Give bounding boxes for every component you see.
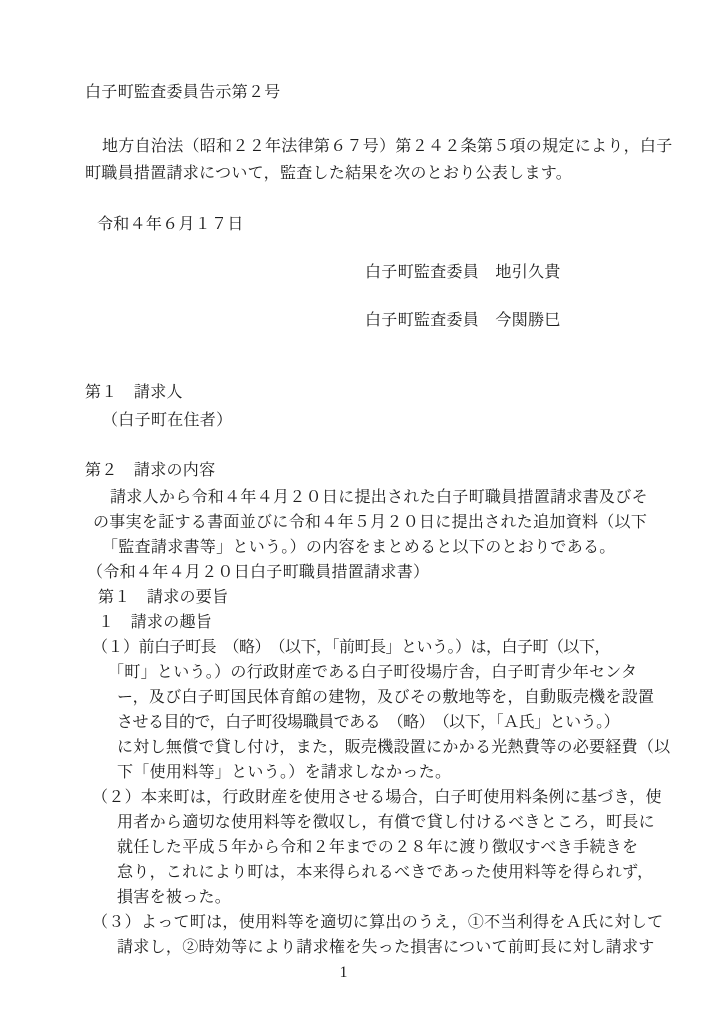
item-1-line-1: （１）前白子町長 （略） （以下，「前町長」という。）は，白子町（以下， [92,635,658,660]
content-para-line-1: 請求人から令和４年４月２０日に提出された白子町職員措置請求書及びそ [110,485,658,510]
item-1-line-2: 「町」という。）の行政財産である白子町役場庁舎，白子町青少年センタ [108,660,658,685]
subsection-1-heading: 第１ 請求の要旨 [98,585,658,610]
source-doc-label: （令和４年４月２０日白子町職員措置請求書） [87,560,658,585]
item-2-line-2: 用者から適切な使用料等を徴収し，有償で貸し付けるべきところ，町長に [117,810,658,835]
content-para-line-3: 「監査請求書等」という。）の内容をまとめると以下のとおりである。 [102,535,658,560]
item-2-line-3: 就任した平成５年から令和２年までの２８年に渡り徴収すべき手続きを [117,835,658,860]
item-3-line-1: （３）よって町は，使用料等を適切に算出のうえ，①不当利得をＡ氏に対して [92,910,658,935]
item-1-line-5: に対し無償で貸し付け，また，販売機設置にかかる光熱費等の必要経費（以 [117,735,658,760]
item-2-line-4: 怠り，これにより町は，本来得られるべきであった使用料等を得られず， [117,860,658,885]
item-3-line-2: 請求し，②時効等により請求権を失った損害について前町長に対し請求す [117,935,658,960]
subsection-2-heading: １ 請求の趣旨 [98,610,658,635]
section-2-heading: 第２ 請求の内容 [85,458,658,483]
content-para-line-2: の事実を証する書面並びに令和４年５月２０日に提出された追加資料（以下 [93,510,658,535]
item-1-line-6: 下「使用料等」という。）を請求しなかった。 [117,760,658,785]
signature-auditor-2: 白子町監査委員 今関勝巳 [365,308,658,333]
signature-auditor-1: 白子町監査委員 地引久貴 [365,260,658,285]
item-2-line-1: （２）本来町は，行政財産を使用させる場合，白子町使用料条例に基づき，使 [92,785,658,810]
page-number: 1 [57,960,630,985]
item-1-line-3: ー，及び白子町国民体育館の建物，及びその敷地等を，自動販売機を設置 [117,685,658,710]
notice-number: 白子町監査委員告示第２号 [85,80,658,105]
claimant-line: （白子町在住者） [102,408,658,433]
date-line: 令和４年６月１７日 [97,212,658,237]
document-content: 白子町監査委員告示第２号 地方自治法（昭和２２年法律第６７号）第２４２条第５項の… [0,0,724,985]
preamble-line-2: 町職員措置請求について，監査した結果を次のとおり公表します。 [85,161,658,186]
item-1-line-4: させる目的で，白子町役場職員である （略） （以下，「Ａ氏」という。） [117,710,658,735]
section-1-heading: 第１ 請求人 [85,380,658,405]
preamble-line-1: 地方自治法（昭和２２年法律第６７号）第２４２条第５項の規定により，白子 [102,134,658,159]
item-2-line-5: 損害を被った。 [117,885,658,910]
document-page: 白子町監査委員告示第２号 地方自治法（昭和２２年法律第６７号）第２４２条第５項の… [0,0,724,1023]
